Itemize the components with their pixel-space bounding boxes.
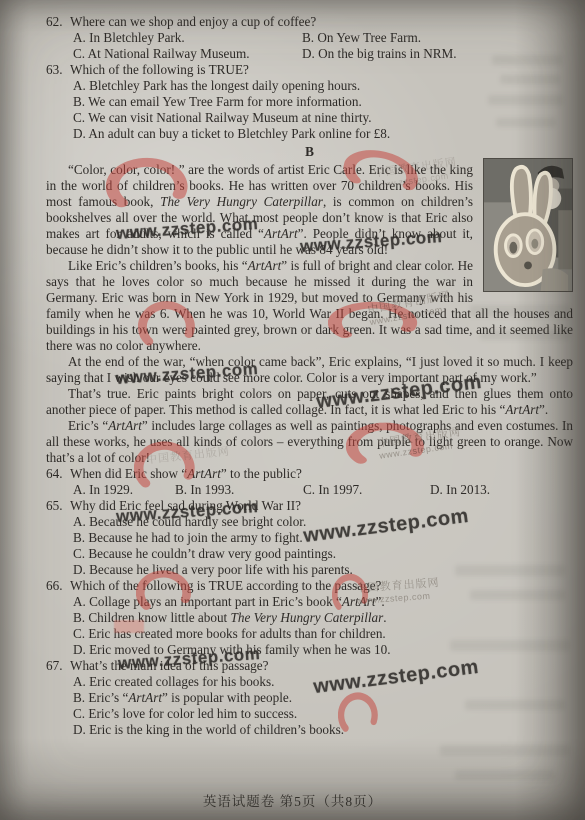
question-66: 66.Which of the following is TRUE accord…	[46, 578, 573, 658]
q62-option-b: B. On Yew Tree Farm.	[302, 30, 573, 46]
question-63-options: A. Bletchley Park has the longest daily …	[73, 78, 573, 142]
q65-option-c: C. Because he couldn’t draw very good pa…	[73, 546, 573, 562]
q67-option-a: A. Eric created collages for his books.	[73, 674, 573, 690]
q65-option-b: B. Because he had to join the army to fi…	[73, 530, 573, 546]
q66-option-b: B. Children know little about The Very H…	[73, 610, 573, 626]
question-66-options: A. Collage plays an important part in Er…	[73, 594, 573, 658]
question-text: What’s the main idea of this passage?	[70, 658, 268, 673]
question-62-options: A. In Bletchley Park. B. On Yew Tree Far…	[73, 30, 573, 62]
question-text: Why did Eric feel sad during World War I…	[70, 498, 301, 513]
q62-option-d: D. On the big trains in NRM.	[302, 46, 573, 62]
question-62-line: 62.Where can we shop and enjoy a cup of …	[46, 14, 573, 30]
question-62: 62.Where can we shop and enjoy a cup of …	[46, 14, 573, 62]
question-67: 67.What’s the main idea of this passage?…	[46, 658, 573, 738]
page-footer: 英语试题卷 第5页（共8页）	[0, 790, 585, 810]
q67-option-c: C. Eric’s love for color led him to succ…	[73, 706, 573, 722]
q66-option-d: D. Eric moved to Germany with his family…	[73, 642, 573, 658]
passage-paragraph-4: That’s true. Eric paints bright colors o…	[46, 386, 573, 418]
q63-option-b: B. We can email Yew Tree Farm for more i…	[73, 94, 573, 110]
question-number: 67.	[46, 658, 70, 674]
passage-paragraph-5: Eric’s “ArtArt” includes large collages …	[46, 418, 573, 466]
question-number: 63.	[46, 62, 70, 78]
eric-carle-photo-graphic	[484, 159, 572, 291]
q63-option-c: C. We can visit National Railway Museum …	[73, 110, 573, 126]
eric-carle-photo	[483, 158, 573, 292]
q64-option-b: B. In 1993.	[175, 482, 303, 498]
question-number: 64.	[46, 466, 70, 482]
q64-option-a: A. In 1929.	[73, 482, 175, 498]
question-text: Which of the following is TRUE according…	[70, 578, 381, 593]
question-65: 65.Why did Eric feel sad during World Wa…	[46, 498, 573, 578]
question-65-options: A. Because he could hardly see bright co…	[73, 514, 573, 578]
q65-option-a: A. Because he could hardly see bright co…	[73, 514, 573, 530]
q66-option-c: C. Eric has created more books for adult…	[73, 626, 573, 642]
question-67-line: 67.What’s the main idea of this passage?	[46, 658, 573, 674]
question-number: 65.	[46, 498, 70, 514]
question-63-line: 63.Which of the following is TRUE?	[46, 62, 573, 78]
question-65-line: 65.Why did Eric feel sad during World Wa…	[46, 498, 573, 514]
question-text: Which of the following is TRUE?	[70, 62, 249, 77]
q66-option-a: A. Collage plays an important part in Er…	[73, 594, 573, 610]
q63-option-d: D. An adult can buy a ticket to Bletchle…	[73, 126, 573, 142]
passage-paragraph-1: “Color, color, color! ” are the words of…	[46, 162, 573, 258]
bleed-smudge	[455, 770, 555, 780]
question-66-line: 66.Which of the following is TRUE accord…	[46, 578, 573, 594]
q67-option-d: D. Eric is the king in the world of chil…	[73, 722, 573, 738]
question-text: When did Eric show “ArtArt” to the publi…	[70, 466, 302, 481]
question-64: 64.When did Eric show “ArtArt” to the pu…	[46, 466, 573, 498]
q67-option-b: B. Eric’s “ArtArt” is popular with peopl…	[73, 690, 573, 706]
question-63: 63.Which of the following is TRUE? A. Bl…	[46, 62, 573, 142]
q62-option-c: C. At National Railway Museum.	[73, 46, 302, 62]
q64-option-d: D. In 2013.	[430, 482, 573, 498]
q63-option-a: A. Bletchley Park has the longest daily …	[73, 78, 573, 94]
question-number: 62.	[46, 14, 70, 30]
reading-passage: “Color, color, color! ” are the words of…	[46, 162, 573, 466]
q64-option-c: C. In 1997.	[303, 482, 430, 498]
question-64-options: A. In 1929. B. In 1993. C. In 1997. D. I…	[73, 482, 573, 498]
q65-option-d: D. Because he lived a very poor life wit…	[73, 562, 573, 578]
q62-option-a: A. In Bletchley Park.	[73, 30, 302, 46]
exam-page-content: 62.Where can we shop and enjoy a cup of …	[46, 14, 573, 738]
passage-paragraph-3: At the end of the war, “when color came …	[46, 354, 573, 386]
question-number: 66.	[46, 578, 70, 594]
question-text: Where can we shop and enjoy a cup of cof…	[70, 14, 316, 29]
question-64-line: 64.When did Eric show “ArtArt” to the pu…	[46, 466, 573, 482]
bleed-smudge	[440, 745, 570, 756]
question-67-options: A. Eric created collages for his books. …	[73, 674, 573, 738]
